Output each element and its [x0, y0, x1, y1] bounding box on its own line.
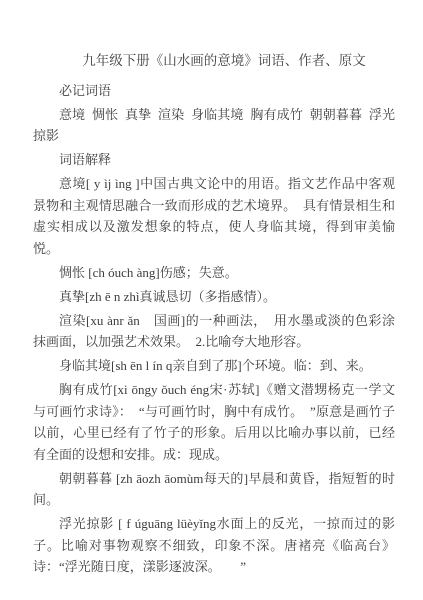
definition-yijing: 意境[ y ìj ìng ]中国古典文论中的用语。指文艺作品中客观景物和主观情思… — [33, 173, 395, 259]
definition-xiongyouchengzhu: 胸有成竹[xi ōngy ǒuch éng宋·苏轼]《赠文潜甥杨克一学文与可画竹… — [33, 379, 395, 465]
section-heading-word-definitions: 词语解释 — [33, 149, 395, 171]
definition-zhaozhaomumu: 朝朝暮暮 [zh āozh āomùm每天的]早晨和黄昏，指短暂的时间。 — [33, 468, 395, 511]
section-heading-required-words: 必记词语 — [33, 80, 395, 102]
definition-xuanran: 渲染[xu ànr ǎn 国画]的一种画法， 用水墨或淡的色彩涂抹画面，以加强艺… — [33, 310, 395, 353]
word-list: 意境 惆怅 真挚 渲染 身临其境 胸有成竹 朝朝暮暮 浮光掠影 — [33, 104, 395, 147]
definition-fuguanglveying: 浮光掠影 [ f úguāng lüèyǐng水面上的反光，一掠而过的影子。比喻… — [33, 513, 395, 578]
document-page: 九年级下册《山水画的意境》词语、作者、原文 必记词语 意境 惆怅 真挚 渲染 身… — [0, 0, 423, 600]
definition-chouchang: 惆怅 [ch óuch àng]伤感；失意。 — [33, 262, 395, 284]
definition-zhenzhi: 真挚[zh ē n zhì真诚恳切（多指感情）。 — [33, 286, 395, 308]
document-title: 九年级下册《山水画的意境》词语、作者、原文 — [33, 50, 395, 72]
definition-shenlinqijing: 身临其境[sh ēn l ín q亲自到了那]个环境。临：到、来。 — [33, 355, 395, 377]
